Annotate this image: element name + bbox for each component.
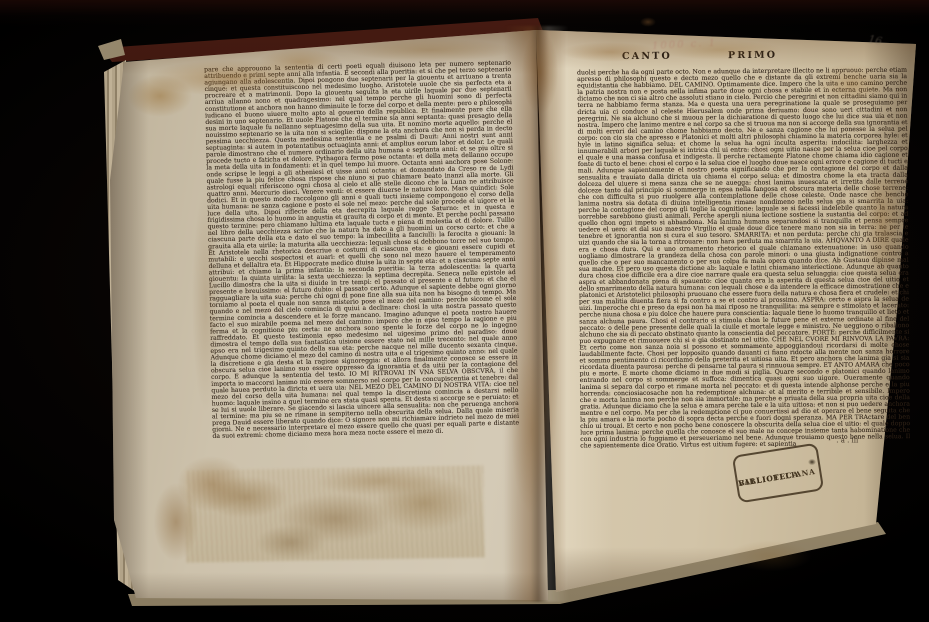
signature-mark: . a . iii bbox=[806, 436, 858, 444]
woodcut-offset-stain bbox=[185, 465, 485, 562]
table-edge-glow bbox=[0, 0, 929, 26]
running-head-primo: PRIMO bbox=[728, 50, 777, 61]
running-head: CANTO PRIMO bbox=[578, 49, 908, 66]
right-page-commentary-text: duolsi perche ha da ogni parte octo. Non… bbox=[577, 66, 910, 459]
library-stamp-text: BIBLIOTECA VALLICELLIANA bbox=[738, 467, 819, 480]
photo-of-open-incunable: pare che approuono la sententia di certi… bbox=[0, 0, 929, 622]
stamp-line-2: VALLICELLIANA bbox=[738, 467, 816, 488]
left-page-commentary-text: pare che approuono la sententia di certi… bbox=[204, 59, 520, 460]
running-head-canto: CANTO bbox=[622, 51, 672, 62]
